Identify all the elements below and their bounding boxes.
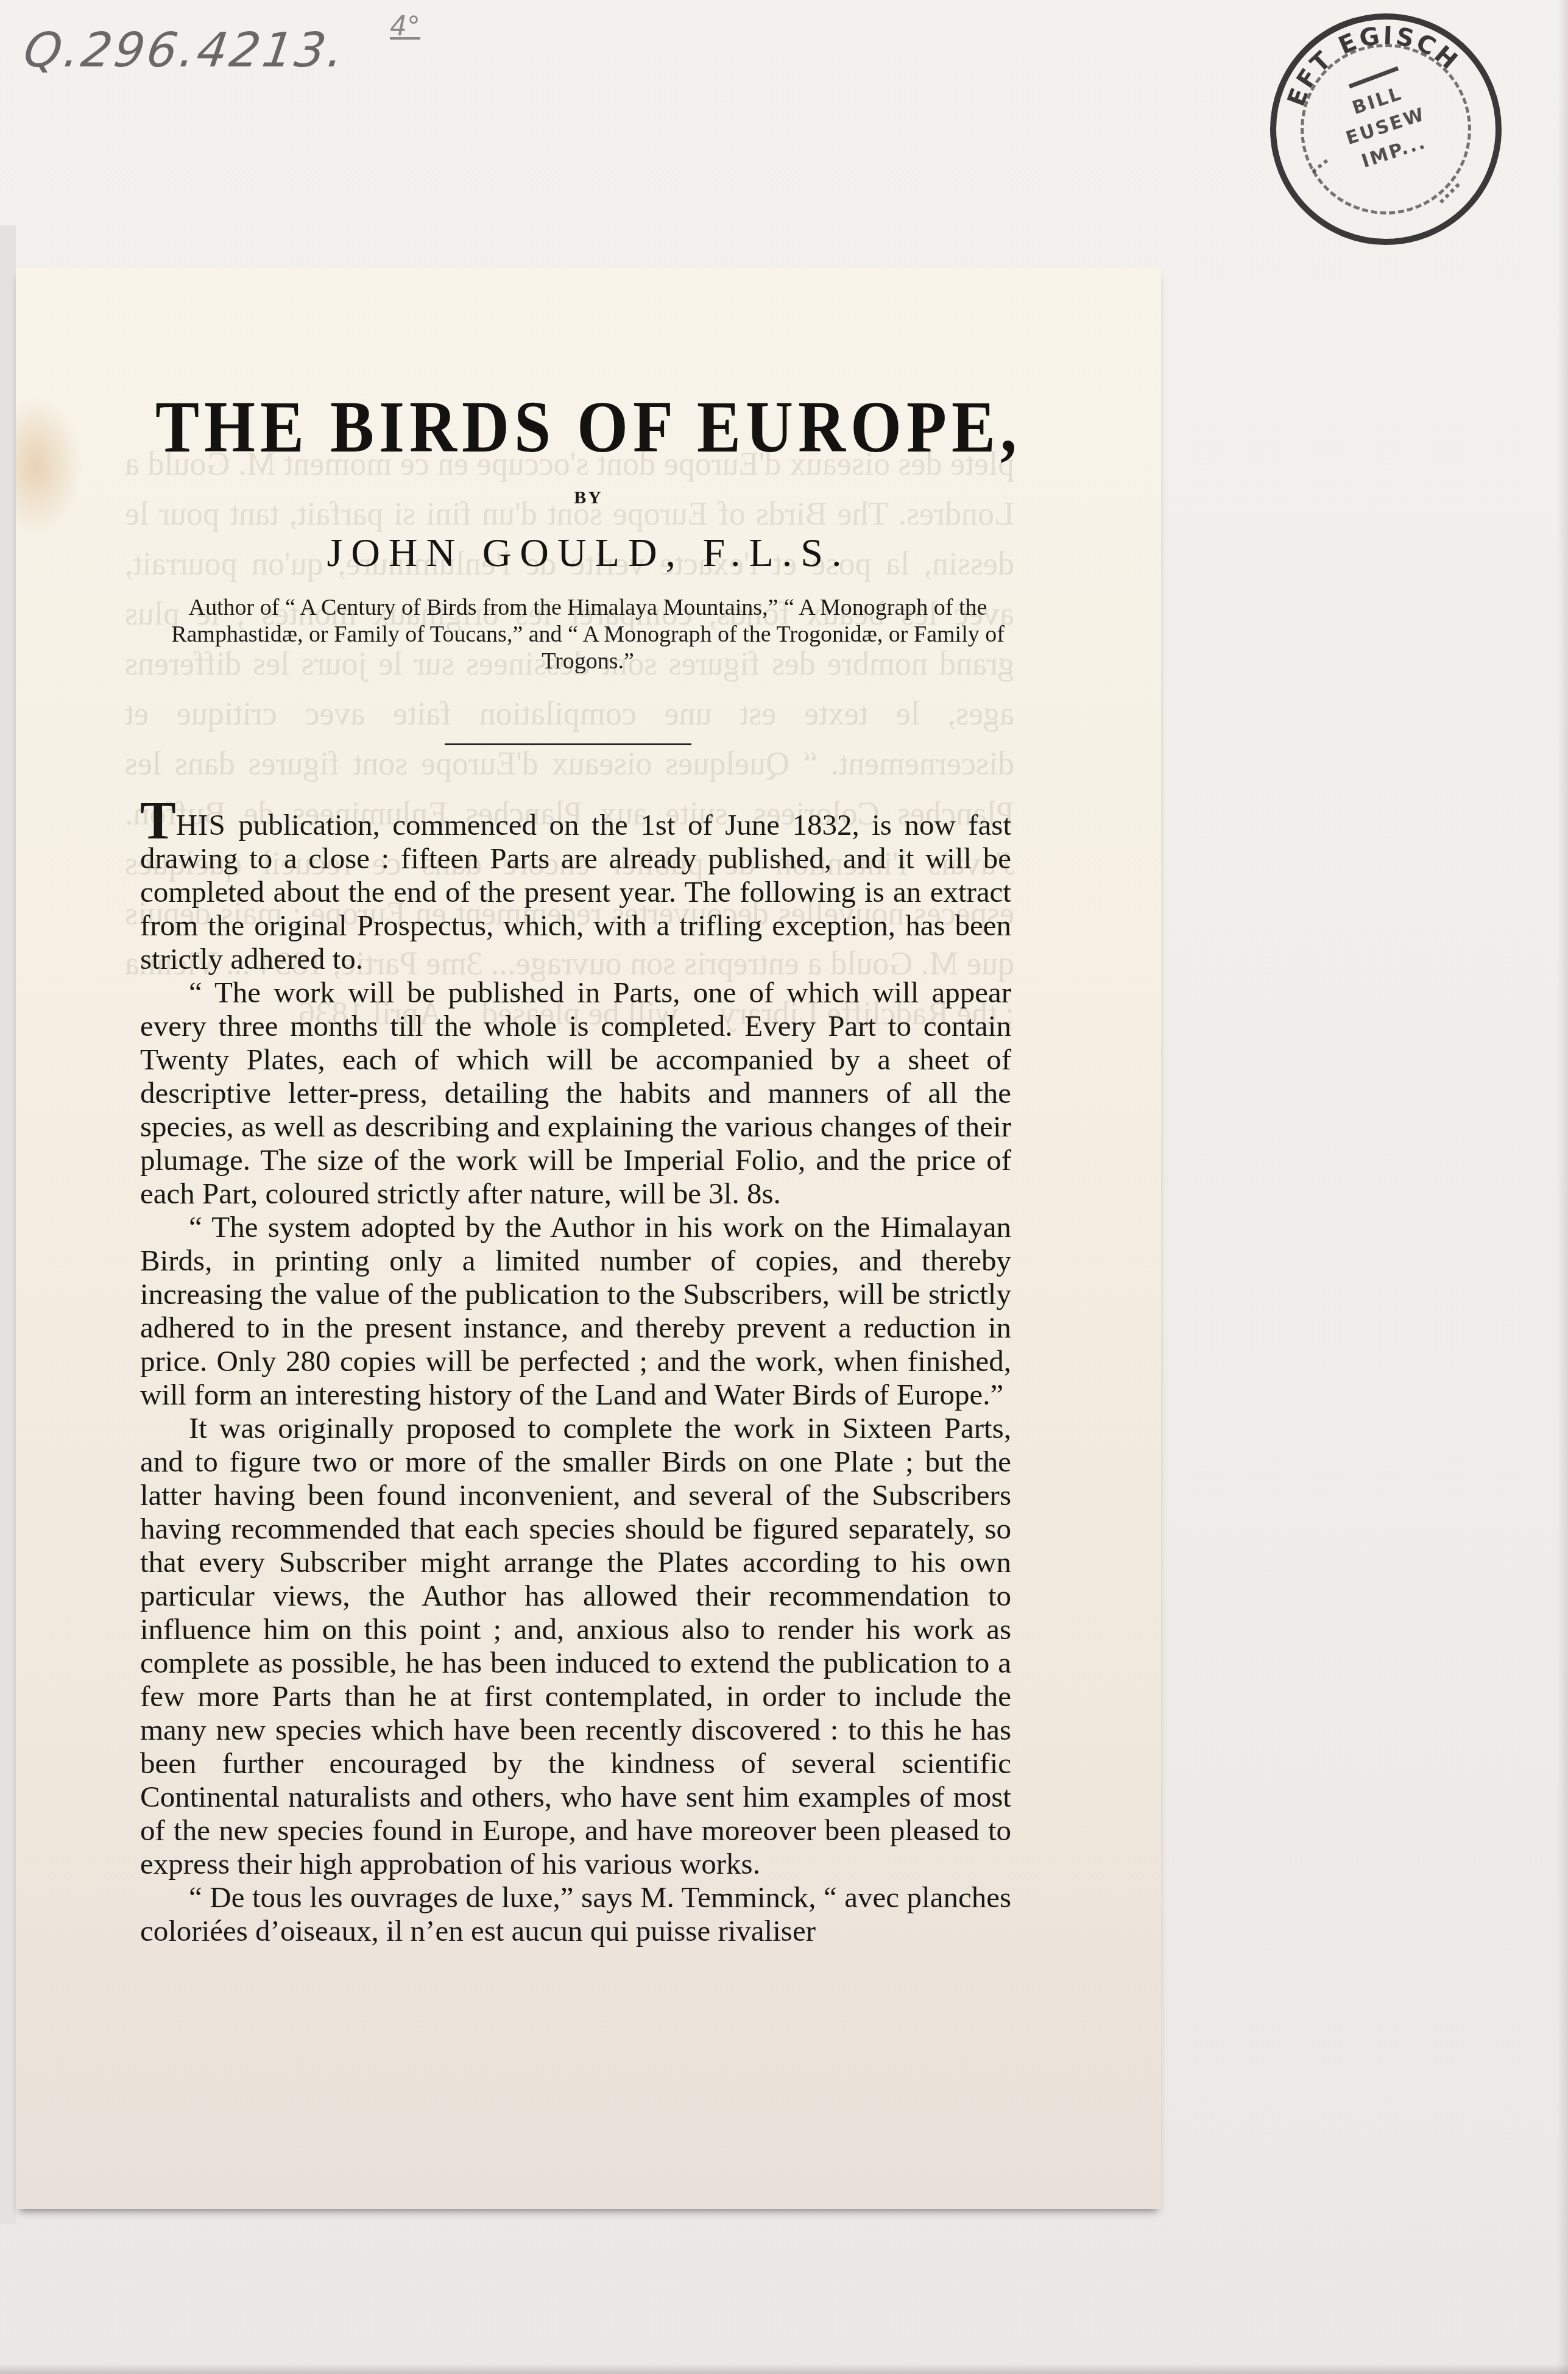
library-stamp: EFT EGISCH BILL EUSEW IMP... [1270, 13, 1502, 245]
author-credentials: Author of “ A Century of Birds from the … [146, 594, 1029, 675]
author-name: JOHN GOULD, F.L.S. [0, 530, 1177, 576]
paragraph-text: publication, commenced on the 1st of Jun… [140, 808, 1011, 976]
paragraph-prospectus-quote-2: “ The system adopted by the Author in hi… [140, 1210, 1011, 1411]
board-edge-shadow-right [1557, 0, 1568, 2374]
paragraph-prospectus-quote-1: “ The work will be published in Parts, o… [140, 976, 1011, 1210]
handwritten-format-note: 4° [390, 11, 420, 42]
title-text: THE BIRDS OF EUROPE, [155, 386, 1022, 470]
binding-strip [0, 225, 16, 2224]
body-text: THIS publication, commenced on the 1st o… [140, 803, 1011, 1947]
handwritten-shelfmark: Q.296.4213. [21, 23, 350, 78]
board-edge-shadow-bottom [0, 2364, 1568, 2374]
section-divider [445, 743, 691, 745]
drop-cap-rest: HIS [176, 808, 226, 842]
paragraph-extension: It was originally proposed to complete t… [140, 1411, 1011, 1880]
paragraph-temminck-quote: “ De tous les ouvrages de luxe,” says M.… [140, 1880, 1011, 1947]
paragraph-intro: THIS publication, commenced on the 1st o… [140, 803, 1011, 976]
document-title: THE BIRDS OF EUROPE, [0, 390, 1177, 466]
by-line: BY [0, 487, 1177, 508]
